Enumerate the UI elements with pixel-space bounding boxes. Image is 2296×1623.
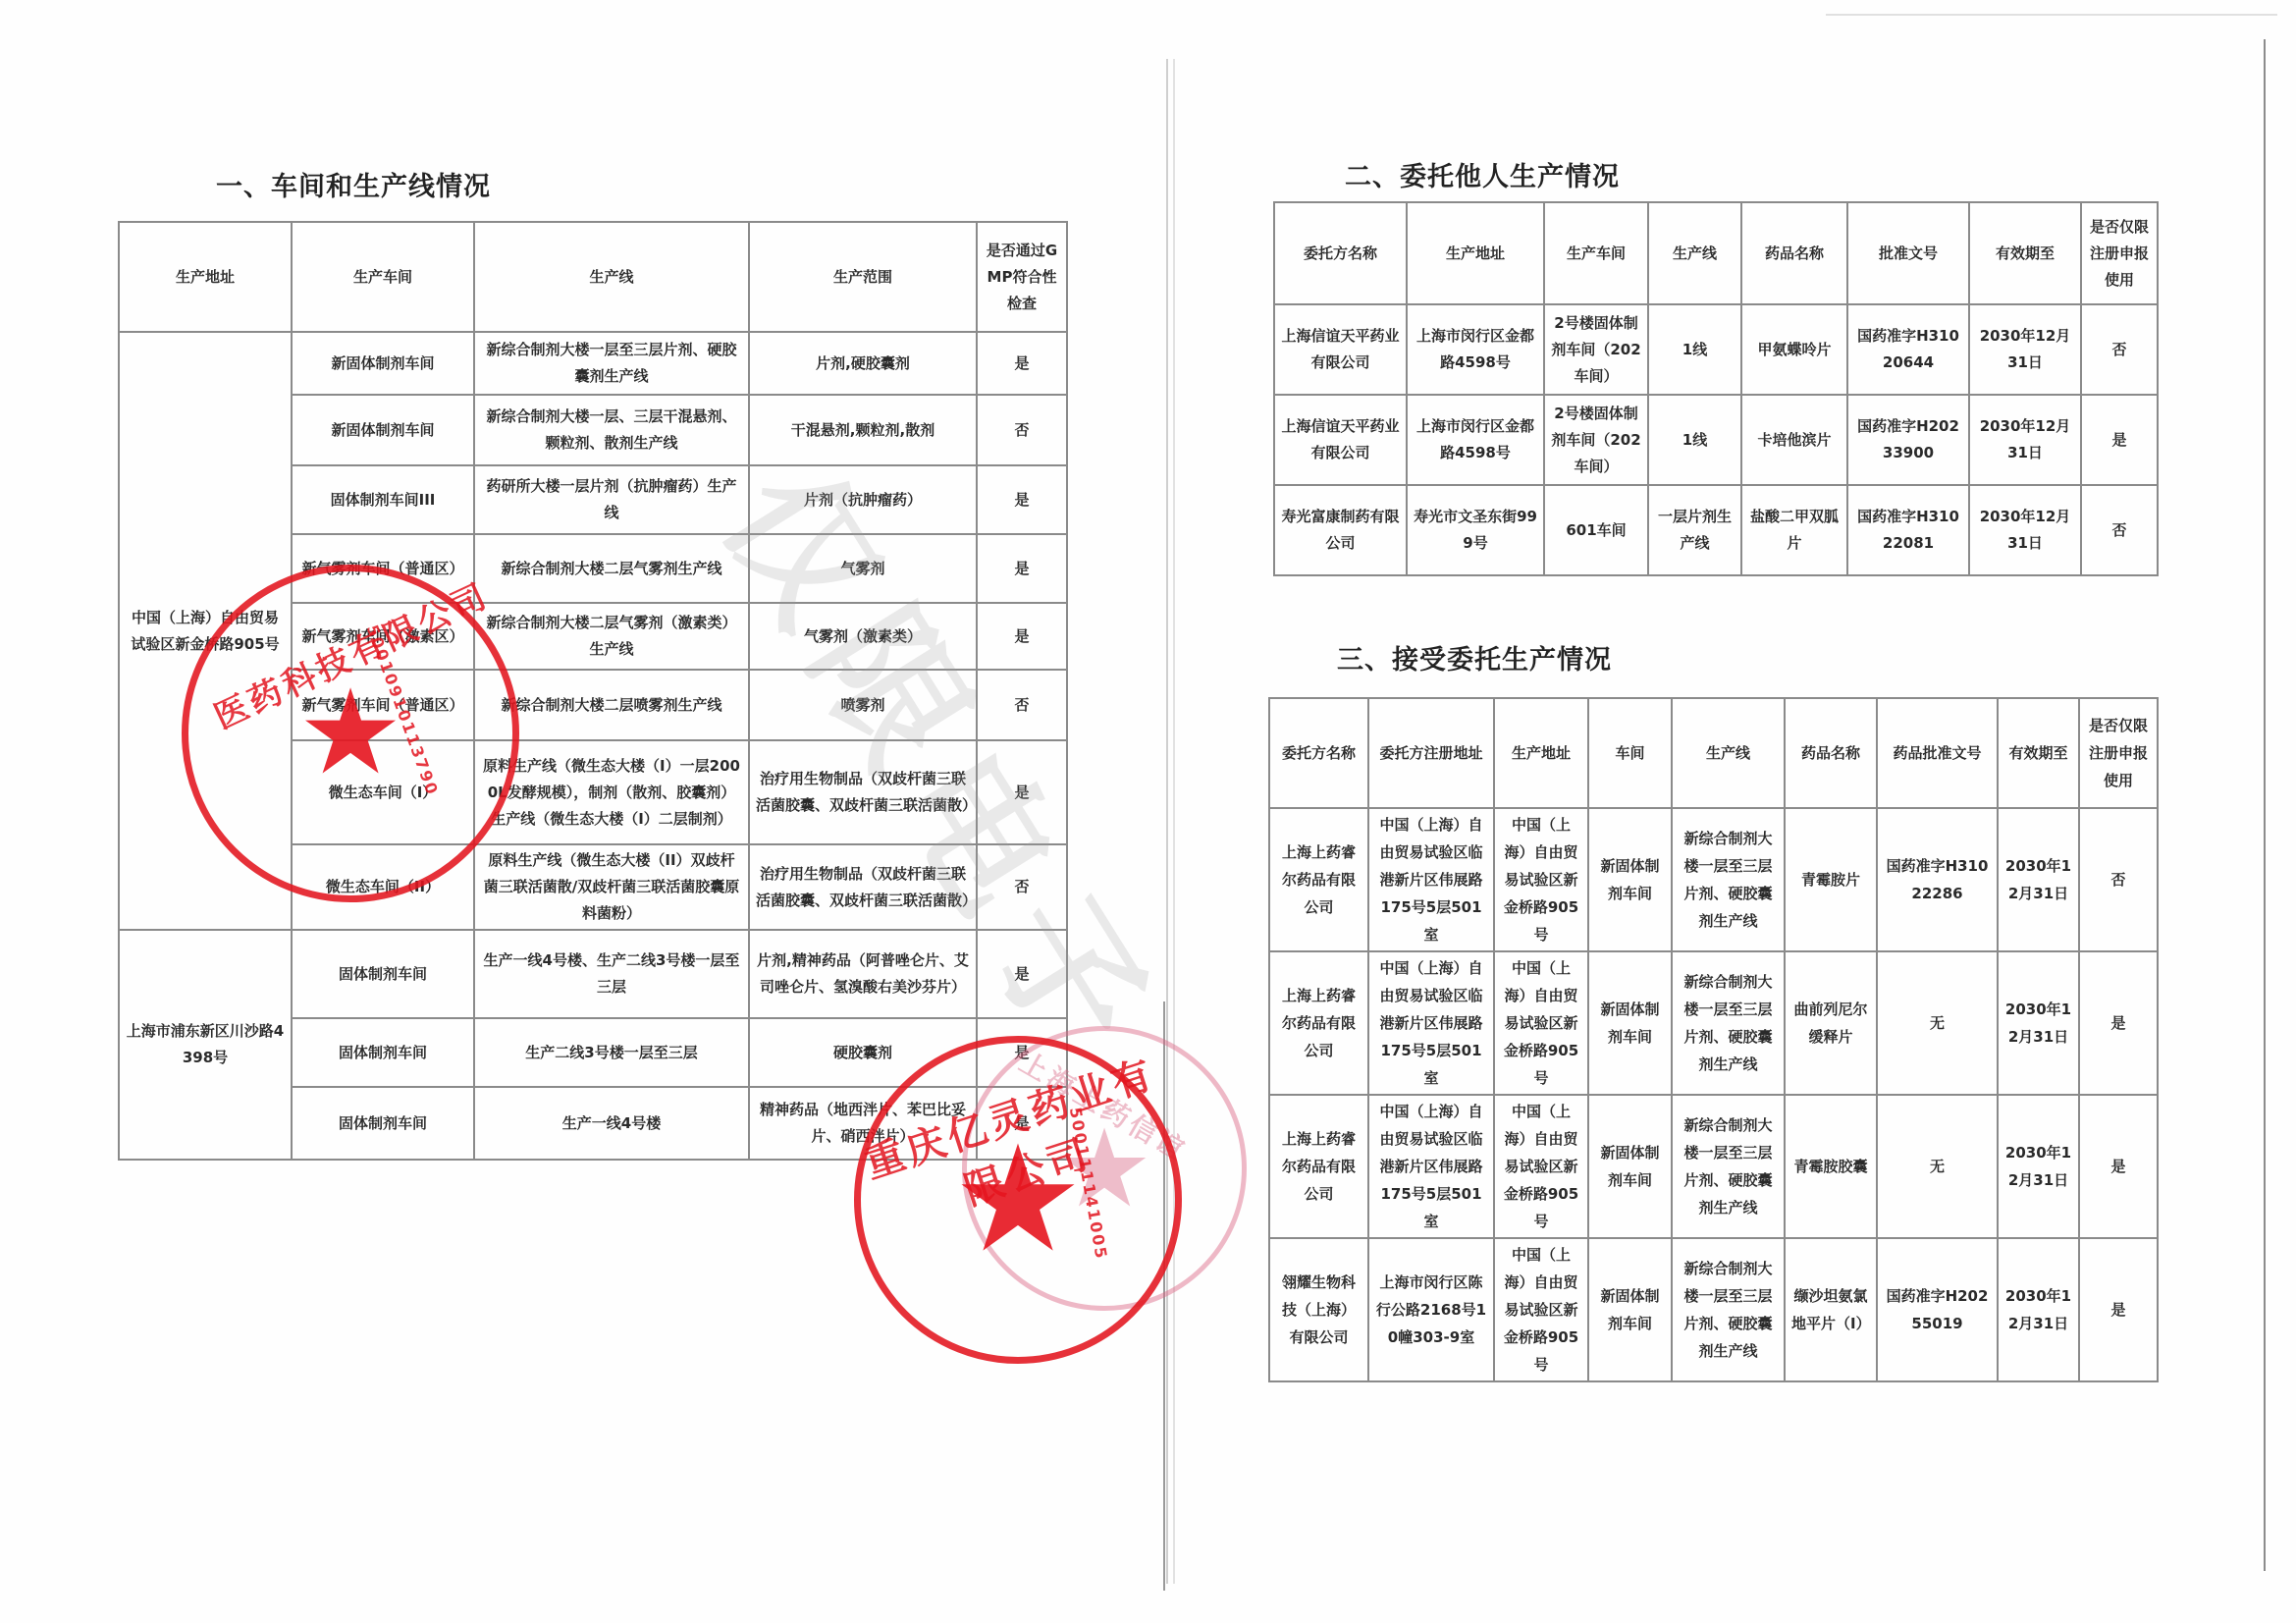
client-registered-address: 中国（上海）自由贸易试验区临港新片区伟展路175号5层501室 [1368,1095,1494,1238]
column-header: 药品批准文号 [1877,698,1998,808]
production-line: 1线 [1648,395,1741,485]
workshop: 新固体制剂车间 [1588,951,1672,1095]
production-line: 新综合制剂大楼一层至三层片剂、硬胶囊剂生产线 [474,332,749,395]
production-scope: 治疗用生物制品（双歧杆菌三联活菌胶囊、双歧杆菌三联活菌散） [749,844,977,930]
gmp-status: 是 [977,930,1067,1018]
production-address: 上海市浦东新区川沙路4398号 [119,930,292,1160]
production-scope: 片剂,硬胶囊剂 [749,332,977,395]
drug-name: 青霉胺片 [1785,808,1877,951]
page-fold-shadow [1173,59,1175,1584]
client-registered-address: 中国（上海）自由贸易试验区临港新片区伟展路175号5层501室 [1368,808,1494,951]
registration-only: 是 [2079,1238,2158,1381]
table-row: 上海市浦东新区川沙路4398号固体制剂车间生产一线4号楼、生产二线3号楼一层至三… [119,930,1067,1018]
workshop-name: 新固体制剂车间 [292,395,474,465]
table-row: 上海上药睿尔药品有限公司中国（上海）自由贸易试验区临港新片区伟展路175号5层5… [1269,951,2158,1095]
valid-until: 2030年12月31日 [1998,1238,2079,1381]
column-header: 生产地址 [119,222,292,332]
column-header: 生产线 [474,222,749,332]
registration-only: 是 [2081,395,2158,485]
production-line: 新综合制剂大楼一层至三层片剂、硬胶囊剂生产线 [1672,808,1785,951]
approval-number: 无 [1877,1095,1998,1238]
page-fold-line [1166,59,1168,1584]
approval-number: 国药准字H31022081 [1847,485,1969,575]
scan-edge-right [2264,39,2266,1571]
workshop: 2号楼固体制剂车间（202车间） [1544,395,1648,485]
production-scope: 片剂（抗肿瘤药） [749,465,977,534]
production-line: 新综合制剂大楼一层至三层片剂、硬胶囊剂生产线 [1672,1238,1785,1381]
gmp-status: 是 [977,603,1067,670]
workshop: 601车间 [1544,485,1648,575]
workshop-name: 固体制剂车间III [292,465,474,534]
workshop: 新固体制剂车间 [1588,1238,1672,1381]
column-header: 药品名称 [1785,698,1877,808]
production-address: 中国（上海）自由贸易试验区新金桥路905号 [1494,1095,1588,1238]
production-line: 新综合制剂大楼一层、三层干混悬剂、颗粒剂、散剂生产线 [474,395,749,465]
column-header: 有效期至 [1969,202,2081,304]
section2-title: 二、委托他人生产情况 [1345,155,1620,193]
production-line: 一层片剂生产线 [1648,485,1741,575]
production-line: 1线 [1648,304,1741,395]
drug-name: 甲氨蝶呤片 [1741,304,1847,395]
workshop-name: 固体制剂车间 [292,1018,474,1087]
table-row: 上海信谊天平药业有限公司上海市闵行区金都路4598号2号楼固体制剂车间（202车… [1274,395,2158,485]
production-scope: 片剂,精神药品（阿普唑仑片、艾司唑仑片、氢溴酸右美沙芬片） [749,930,977,1018]
gmp-status: 是 [977,534,1067,603]
registration-only: 是 [2079,1095,2158,1238]
drug-name: 盐酸二甲双胍片 [1741,485,1847,575]
table-row: 寿光富康制药有限公司寿光市文圣东街999号601车间一层片剂生产线盐酸二甲双胍片… [1274,485,2158,575]
registration-only: 否 [2081,304,2158,395]
gmp-status: 是 [977,465,1067,534]
company-seal-left: 医药科技有限公司 ★ 50010910113790 [182,565,519,902]
table-row: 上海上药睿尔药品有限公司中国（上海）自由贸易试验区临港新片区伟展路175号5层5… [1269,1095,2158,1238]
production-line: 新综合制剂大楼一层至三层片剂、硬胶囊剂生产线 [1672,1095,1785,1238]
client-name: 上海信谊天平药业有限公司 [1274,304,1407,395]
column-header: 生产范围 [749,222,977,332]
company-seal-center: 重庆亿灵药业有限公司 ★ 500111141005 [854,1036,1182,1364]
production-line: 新综合制剂大楼二层气雾剂（激素类）生产线 [474,603,749,670]
client-name: 寿光富康制药有限公司 [1274,485,1407,575]
client-name: 上海信谊天平药业有限公司 [1274,395,1407,485]
workshop: 新固体制剂车间 [1588,1095,1672,1238]
production-scope: 喷雾剂 [749,670,977,740]
table-row: 上海上药睿尔药品有限公司中国（上海）自由贸易试验区临港新片区伟展路175号5层5… [1269,808,2158,951]
column-header: 车间 [1588,698,1672,808]
production-scope: 气雾剂 [749,534,977,603]
gmp-status: 否 [977,395,1067,465]
client-name: 上海上药睿尔药品有限公司 [1269,951,1368,1095]
drug-name: 青霉胺胶囊 [1785,1095,1877,1238]
column-header: 生产车间 [292,222,474,332]
column-header: 是否仅限注册申报使用 [2079,698,2158,808]
production-line: 生产一线4号楼、生产二线3号楼一层至三层 [474,930,749,1018]
client-name: 上海上药睿尔药品有限公司 [1269,808,1368,951]
production-address: 上海市闵行区金都路4598号 [1407,395,1544,485]
registration-only: 是 [2079,951,2158,1095]
contract-manufacturing-table: 委托方名称委托方注册地址生产地址车间生产线药品名称药品批准文号有效期至是否仅限注… [1268,697,2159,1382]
gmp-status: 否 [977,844,1067,930]
valid-until: 2030年12月31日 [1998,1095,2079,1238]
table-row: 中国（上海）自由贸易试验区新金桥路905号新固体制剂车间新综合制剂大楼一层至三层… [119,332,1067,395]
client-registered-address: 中国（上海）自由贸易试验区临港新片区伟展路175号5层501室 [1368,951,1494,1095]
approval-number: 国药准字H31022286 [1877,808,1998,951]
section1-title: 一、车间和生产线情况 [216,165,491,203]
production-line: 新综合制剂大楼二层气雾剂生产线 [474,534,749,603]
valid-until: 2030年12月31日 [1969,304,2081,395]
client-name: 翎耀生物科技（上海）有限公司 [1269,1238,1368,1381]
approval-number: 国药准字H20233900 [1847,395,1969,485]
production-scope: 治疗用生物制品（双歧杆菌三联活菌胶囊、双歧杆菌三联活菌散） [749,740,977,844]
column-header: 是否通过GMP符合性检查 [977,222,1067,332]
production-line: 原料生产线（微生态大楼（II）双歧杆菌三联活菌散/双歧杆菌三联活菌胶囊原料菌粉） [474,844,749,930]
production-address: 中国（上海）自由贸易试验区新金桥路905号 [1494,808,1588,951]
production-address: 上海市闵行区金都路4598号 [1407,304,1544,395]
registration-only: 否 [2081,485,2158,575]
client-registered-address: 上海市闵行区陈行公路2168号10幢303-9室 [1368,1238,1494,1381]
workshop-name: 固体制剂车间 [292,1087,474,1160]
drug-name: 卡培他滨片 [1741,395,1847,485]
column-header: 生产地址 [1494,698,1588,808]
valid-until: 2030年12月31日 [1998,808,2079,951]
column-header: 批准文号 [1847,202,1969,304]
column-header: 生产地址 [1407,202,1544,304]
star-icon: ★ [952,1126,1084,1273]
workshop-name: 新固体制剂车间 [292,332,474,395]
table-header-row: 委托方名称委托方注册地址生产地址车间生产线药品名称药品批准文号有效期至是否仅限注… [1269,698,2158,808]
valid-until: 2030年12月31日 [1969,395,2081,485]
valid-until: 2030年12月31日 [1969,485,2081,575]
table-header-row: 生产地址生产车间生产线生产范围是否通过GMP符合性检查 [119,222,1067,332]
approval-number: 国药准字H20255019 [1877,1238,1998,1381]
table-header-row: 委托方名称生产地址生产车间生产线药品名称批准文号有效期至是否仅限注册申报使用 [1274,202,2158,304]
valid-until: 2030年12月31日 [1998,951,2079,1095]
registration-only: 否 [2079,808,2158,951]
production-line: 药研所大楼一层片剂（抗肿瘤药）生产线 [474,465,749,534]
column-header: 委托方名称 [1274,202,1407,304]
column-header: 生产线 [1672,698,1785,808]
production-line: 生产二线3号楼一层至三层 [474,1018,749,1087]
production-line: 生产一线4号楼 [474,1087,749,1160]
production-address: 寿光市文圣东街999号 [1407,485,1544,575]
gmp-status: 是 [977,740,1067,844]
approval-number: 国药准字H31020644 [1847,304,1969,395]
production-scope: 气雾剂（激素类） [749,603,977,670]
outsourced-production-table: 委托方名称生产地址生产车间生产线药品名称批准文号有效期至是否仅限注册申报使用 上… [1273,201,2159,576]
column-header: 有效期至 [1998,698,2079,808]
column-header: 委托方注册地址 [1368,698,1494,808]
approval-number: 无 [1877,951,1998,1095]
workshop-name: 固体制剂车间 [292,930,474,1018]
column-header: 生产车间 [1544,202,1648,304]
table-row: 上海信谊天平药业有限公司上海市闵行区金都路4598号2号楼固体制剂车间（202车… [1274,304,2158,395]
workshop: 2号楼固体制剂车间（202车间） [1544,304,1648,395]
drug-name: 缬沙坦氨氯地平片（I） [1785,1238,1877,1381]
column-header: 是否仅限注册申报使用 [2081,202,2158,304]
production-address: 中国（上海）自由贸易试验区新金桥路905号 [1494,951,1588,1095]
column-header: 生产线 [1648,202,1741,304]
production-address: 中国（上海）自由贸易试验区新金桥路905号 [1494,1238,1588,1381]
table-row: 翎耀生物科技（上海）有限公司上海市闵行区陈行公路2168号10幢303-9室中国… [1269,1238,2158,1381]
production-line: 新综合制剂大楼一层至三层片剂、硬胶囊剂生产线 [1672,951,1785,1095]
client-name: 上海上药睿尔药品有限公司 [1269,1095,1368,1238]
gmp-status: 否 [977,670,1067,740]
scan-edge-top [1826,14,2277,16]
gmp-status: 是 [977,332,1067,395]
workshop: 新固体制剂车间 [1588,808,1672,951]
drug-name: 曲前列尼尔缓释片 [1785,951,1877,1095]
production-scope: 干混悬剂,颗粒剂,散剂 [749,395,977,465]
column-header: 委托方名称 [1269,698,1368,808]
section3-title: 三、接受委托生产情况 [1337,638,1612,676]
column-header: 药品名称 [1741,202,1847,304]
